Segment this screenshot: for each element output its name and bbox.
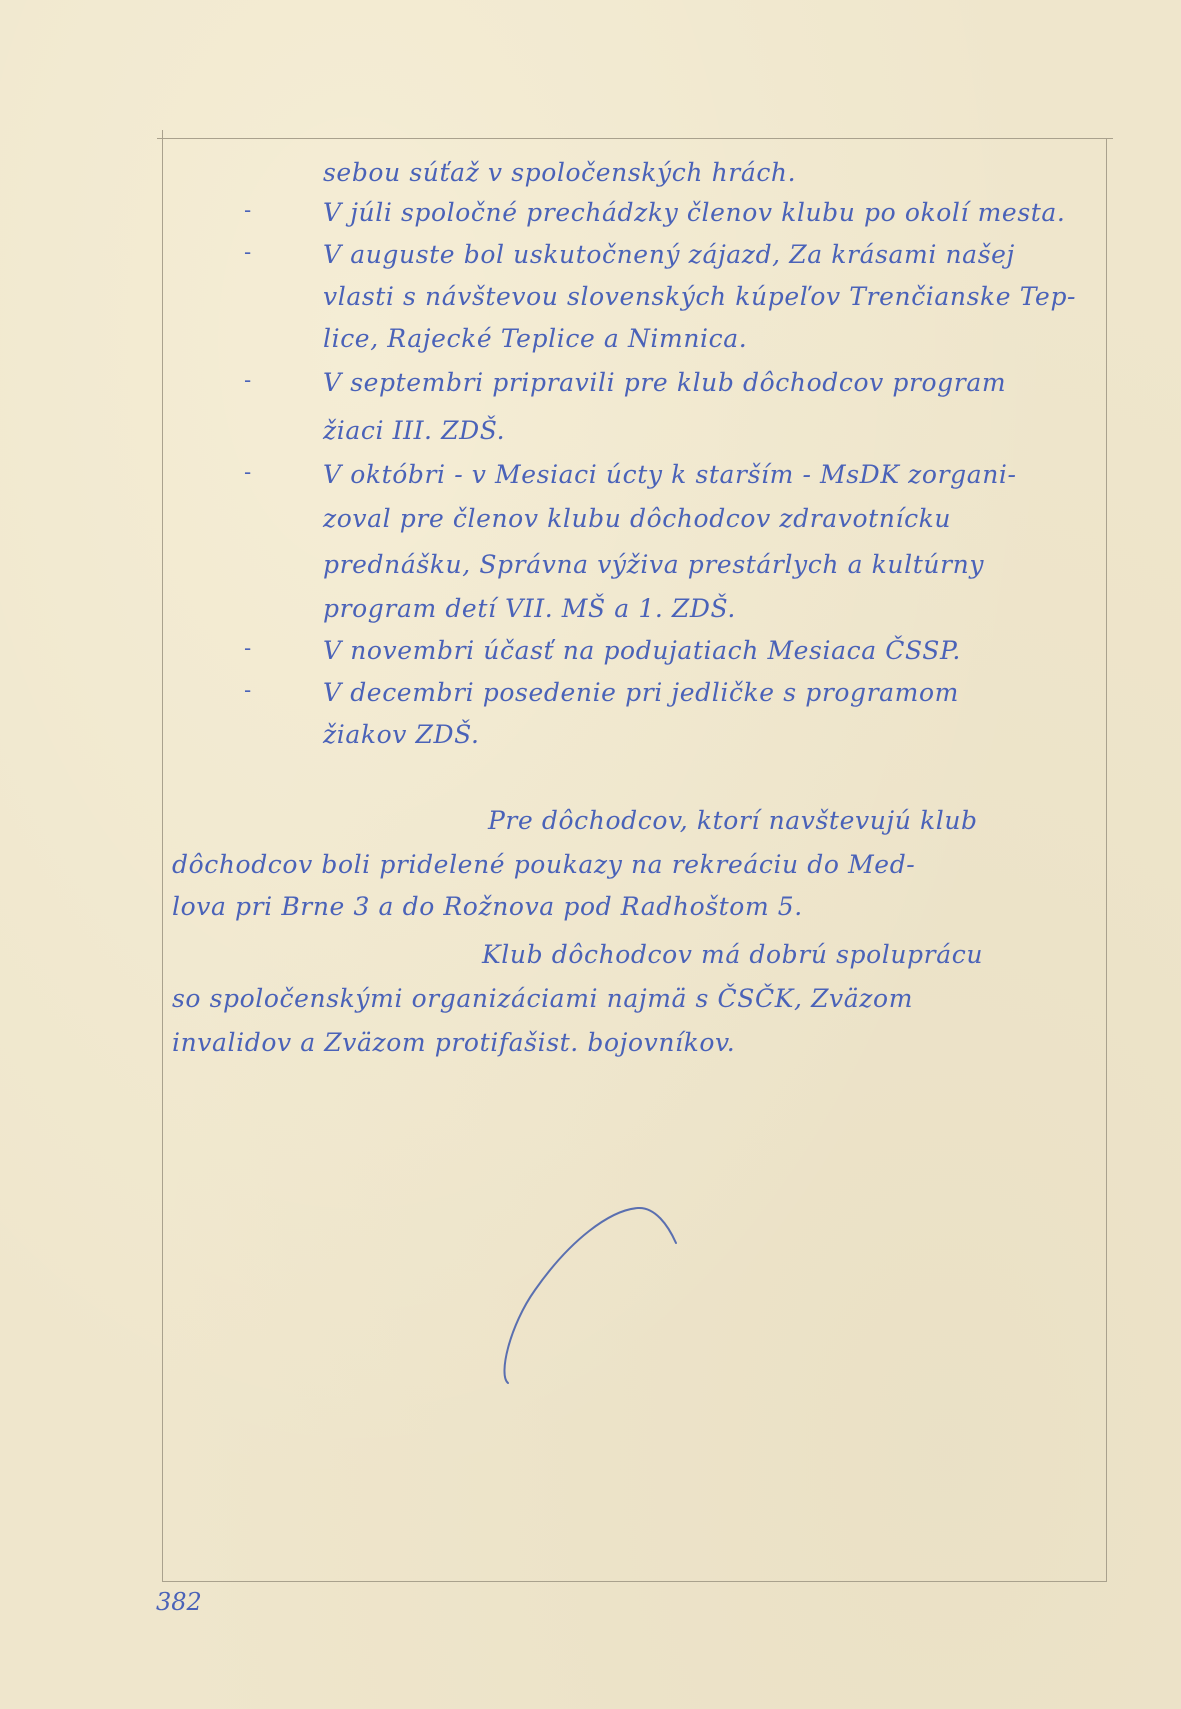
list-item-line: V decembri posedenie pri jedličke s prog… [323,680,959,705]
list-bullet: - [244,242,251,262]
page-number: 382 [156,1588,202,1616]
list-item-line: prednášku, Správna výživa prestárlych a … [323,552,984,577]
text-line: sebou súťaž v spoločenských hrách. [323,160,796,185]
list-item-line: V septembri pripravili pre klub dôchodco… [323,370,1006,395]
list-item-line: V júli spoločné prechádzky členov klubu … [323,200,1065,225]
list-bullet: - [244,200,251,220]
list-item-line: V októbri - v Mesiaci úcty k starším - M… [323,462,1017,487]
list-item-line: program detí VII. MŠ a 1. ZDŠ. [323,596,736,621]
list-bullet: - [244,638,251,658]
paragraph-line: lova pri Brne 3 a do Rožnova pod Radhošt… [172,894,803,919]
list-bullet: - [244,462,251,482]
paragraph-line: dôchodcov boli pridelené poukazy na rekr… [172,852,915,877]
list-bullet: - [244,680,251,700]
paragraph-line: Pre dôchodcov, ktorí navštevujú klub [488,808,978,833]
list-item-line: zoval pre členov klubu dôchodcov zdravot… [323,506,951,531]
list-item-line: V novembri účasť na podujatiach Mesiaca … [323,638,961,663]
list-item-line: vlasti s návštevou slovenských kúpeľov T… [323,284,1076,309]
list-item-line: V auguste bol uskutočnený zájazd, Za krá… [323,242,1015,267]
list-item-line: žiaci III. ZDŠ. [323,418,505,443]
list-bullet: - [244,370,251,390]
list-item-line: žiakov ZDŠ. [323,722,480,747]
frame-rule-left-tick [162,130,163,140]
paragraph-line: invalidov a Zväzom protifašist. bojovník… [172,1030,735,1055]
list-item-line: lice, Rajecké Teplice a Nimnica. [323,326,747,351]
document-page: sebou súťaž v spoločenských hrách. - V j… [0,0,1181,1709]
paragraph-line: Klub dôchodcov má dobrú spoluprácu [482,942,983,967]
frame-rule-top [157,138,1113,139]
signature-stroke-icon [490,1205,710,1415]
paragraph-line: so spoločenskými organizáciami najmä s Č… [172,986,913,1011]
